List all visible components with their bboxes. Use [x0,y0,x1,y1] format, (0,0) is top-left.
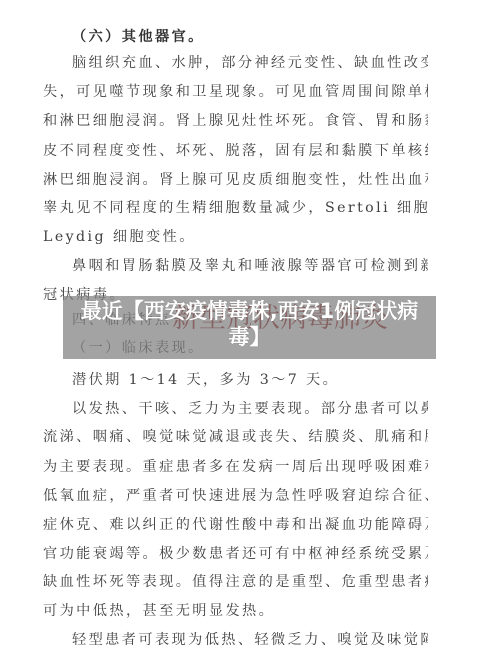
text-line: 缺血性坏死等表现。值得注意的是重型、危重型患者病程中 [43,572,428,592]
text-line: 和淋巴细胞浸润。肾上腺见灶性坏死。食管、胃和肠黏膜上 [43,111,428,131]
text-line: 可为中低热，甚至无明显发热。 [43,601,428,621]
text-line: 脑组织充血、水肿，部分神经元变性、缺血性改变和脱 [72,53,428,73]
text-line: 低氧血症，严重者可快速进展为急性呼吸窘迫综合征、脓毒 [43,486,428,506]
text-line: 轻型患者可表现为低热、轻微乏力、嗅觉及味觉障碍等， [72,630,428,650]
text-line: 为主要表现。重症患者多在发病一周后出现呼吸困难和（或） [43,457,428,477]
text-line: 失，可见噬节现象和卫星现象。可见血管周围间隙单核细胞 [43,82,428,102]
text-line: 流涕、咽痛、嗅觉味觉减退或丧失、结膜炎、肌痛和腹泻等 [43,427,428,447]
document-page: （六）其他器官。脑组织充血、水肿，部分神经元变性、缺血性改变和脱失，可见噬节现象… [0,0,500,656]
text-line: 鼻咽和胃肠黏膜及睾丸和唾液腺等器官可检测到新型 [72,256,428,276]
text-line: 以发热、干咳、乏力为主要表现。部分患者可以鼻塞、 [72,399,428,419]
overlay-title: 最近【西安疫情毒株,西安1例冠状病毒】 [63,298,436,350]
text-line: 皮不同程度变性、坏死、脱落，固有层和黏膜下单核细胞、 [43,141,428,161]
text-line: 睾丸见不同程度的生精细胞数量减少，Sertoli 细胞和 [43,198,428,218]
text-line: Leydig 细胞变性。 [43,227,428,247]
text-line: 症休克、难以纠正的代谢性酸中毒和出凝血功能障碍及多器 [43,515,428,535]
text-line: （六）其他器官。 [72,27,428,47]
text-line: 官功能衰竭等。极少数患者还可有中枢神经系统受累及肢端 [43,544,428,564]
text-line: 淋巴细胞浸润。肾上腺可见皮质细胞变性，灶性出血和坏死。 [43,170,428,190]
text-line: 潜伏期 1～14 天，多为 3～7 天。 [72,370,428,390]
